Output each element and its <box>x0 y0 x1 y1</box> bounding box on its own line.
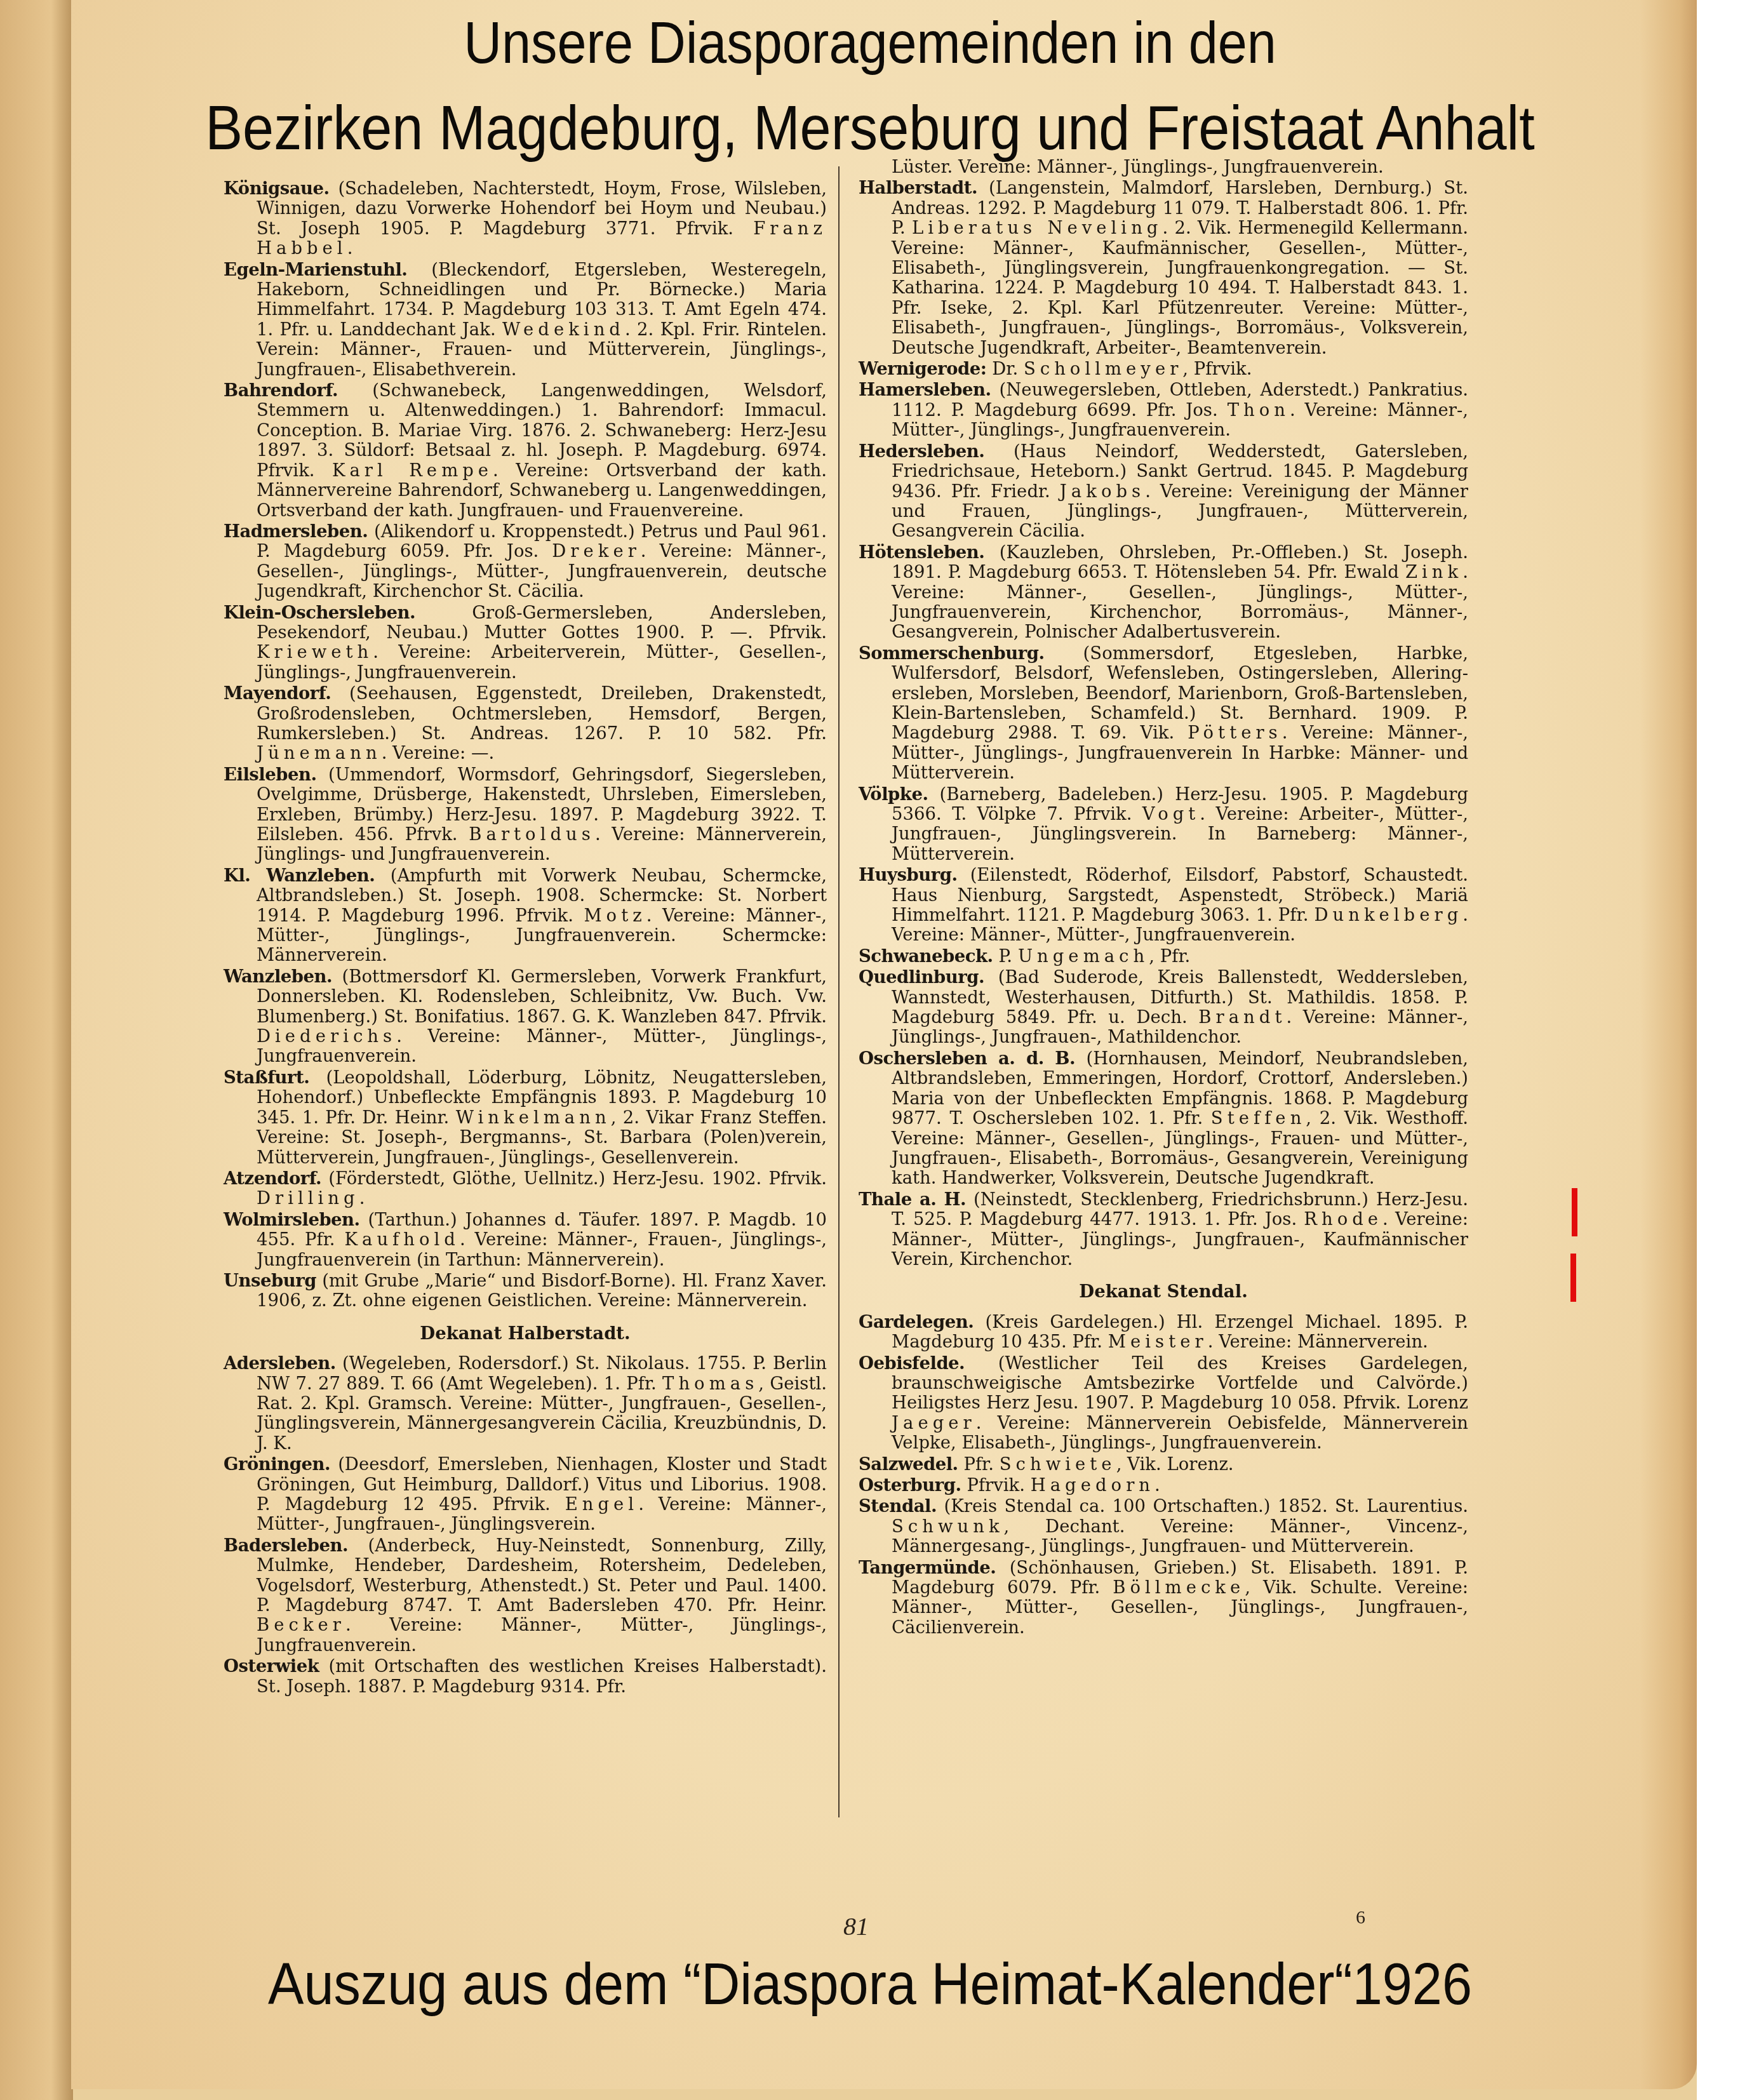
parish-entry: Hedersleben. (Haus Neindorf, Wedderstedt… <box>859 442 1468 542</box>
clergy-name: Schwiete <box>1000 1454 1116 1475</box>
parish-entry: Halberstadt. (Langenstein, Malmdorf, Har… <box>859 178 1468 358</box>
parish-associations: , Vik. Lorenz. <box>1116 1454 1234 1475</box>
clergy-name: Kaufhold <box>344 1229 460 1250</box>
parish-entry: Eilsleben. (Ummendorf, Wormsdorf, Gehrin… <box>224 765 827 865</box>
clergy-name: Wedekind <box>502 319 625 340</box>
parish-name: Kl. Wanzleben. <box>224 866 375 886</box>
column-divider <box>838 166 840 1817</box>
parish-name: Huysburg. <box>859 865 957 885</box>
parish-name: Hamersleben. <box>859 380 991 400</box>
clergy-name: Jakobs <box>1060 481 1145 502</box>
parish-name: Schwanebeck. <box>859 946 993 966</box>
clergy-name: Vogt <box>1142 804 1200 824</box>
parish-name: Badersleben. <box>224 1535 348 1556</box>
clergy-name: Thomas <box>662 1374 758 1394</box>
parish-entry: Wanzleben. (Bottmersdorf Kl. Germerslebe… <box>224 967 827 1067</box>
parish-entry: Königsaue. (Schadeleben, Nachterstedt, H… <box>224 179 827 259</box>
red-margin-mark <box>1570 1254 1576 1302</box>
parish-entry: Staßfurt. (Leopoldshall, Löderburg, Löbn… <box>224 1068 827 1168</box>
parish-name: Stendal. <box>859 1496 937 1516</box>
parish-details: (mit Ortschaften des westlichen Kreises … <box>257 1656 827 1696</box>
footer-caption: Auszug aus dem “Diaspora Heimat-Kalender… <box>70 1953 1671 2016</box>
parish-entry: Atzendorf. (Förderstedt, Glöthe, Uellnit… <box>224 1169 827 1209</box>
clergy-name: Lüster <box>892 157 947 177</box>
parish-name: Unseburg <box>224 1271 316 1291</box>
parish-associations: , Pfr. <box>1149 946 1190 966</box>
parish-details: (Kreis Stendal ca. 100 Ortschaften.) 185… <box>944 1496 1468 1516</box>
parish-entry: Huysburg. (Eilenstedt, Röderhof, Eilsdor… <box>859 866 1468 946</box>
parish-associations: . <box>347 238 353 258</box>
page-edge <box>1640 0 1697 2089</box>
clergy-name: Jaeger <box>892 1413 976 1433</box>
parish-name: Oebisfelde. <box>859 1353 965 1374</box>
parish-entry: Adersleben. (Wegeleben, Rodersdorf.) St.… <box>224 1354 827 1454</box>
parish-name: Atzendorf. <box>224 1168 321 1189</box>
parish-entry: Wolmirsleben. (Tarthun.) Johannes d. Täu… <box>224 1210 827 1270</box>
left-column: Königsaue. (Schadeleben, Nachterstedt, H… <box>224 179 827 1698</box>
parish-associations: . Vereine: —. <box>382 743 495 763</box>
header-title-line-1: Unsere Diasporagemeinden in den <box>87 11 1653 75</box>
parish-entry: Hadmersleben. (Alikendorf u. Kroppensted… <box>224 522 827 602</box>
parish-associations: . Vereine: Männerverein Oebisfelde, Männ… <box>892 1413 1468 1453</box>
header-title-line-2: Bezirken Magdeburg, Merseburg und Freist… <box>87 94 1653 161</box>
parish-entry: Klein-Oschersleben. Groß-Germersleben, A… <box>224 603 827 683</box>
parish-details: (Bottmersdorf Kl. Germersleben, Vorwerk … <box>257 966 827 1027</box>
clergy-name: Meister <box>1108 1332 1208 1352</box>
parish-name: Tangermünde. <box>859 1558 996 1578</box>
deanery-heading: Dekanat Stendal. <box>859 1282 1468 1302</box>
parish-entry: Mayendorf. (Seehausen, Eggenstedt, Dreil… <box>224 684 827 764</box>
clergy-name: Dunkelberg <box>1314 905 1462 925</box>
parish-name: Egeln-Marienstuhl. <box>224 260 407 280</box>
parish-entry: Tangermünde. (Schönhausen, Grieben.) St.… <box>859 1558 1468 1638</box>
parish-associations: , Pfrvik. <box>1182 359 1252 379</box>
parish-entry: Gröningen. (Deesdorf, Emersleben, Nienha… <box>224 1455 827 1535</box>
clergy-name: Krieweth <box>257 642 373 662</box>
parish-details: P. <box>998 946 1012 966</box>
parish-associations: . <box>1154 1475 1160 1495</box>
parish-associations: . 2. Vik. Hermenegild Kellermann. Verein… <box>892 218 1468 358</box>
clergy-name: Zink <box>1405 562 1462 582</box>
clergy-name: Böllmecke <box>1113 1577 1245 1598</box>
parish-name: Königsaue. <box>224 178 330 199</box>
parish-entry: Thale a. H. (Neinstedt, Stecklenberg, Fr… <box>859 1190 1468 1270</box>
clergy-name: Liberatus Neveling <box>912 218 1163 238</box>
parish-name: Oschersleben a. d. B. <box>859 1048 1075 1069</box>
clergy-name: Winkelmann <box>456 1107 611 1128</box>
parish-entry: Hamersleben. (Neuwegersleben, Ottleben, … <box>859 380 1468 440</box>
clergy-name: Diederichs <box>257 1026 396 1047</box>
page-number-right: 6 <box>1356 1907 1365 1929</box>
parish-entry: Badersleben. (Anderbeck, Huy-Neinstedt, … <box>224 1536 827 1655</box>
parish-entry: Wernigerode: Dr. Schollmeyer, Pfrvik. <box>859 359 1468 379</box>
parish-associations: . <box>359 1188 365 1208</box>
parish-associations: . Vereine: Männer-, Jünglings-, Jungfrau… <box>947 157 1384 177</box>
parish-entry: Bahrendorf. (Schwanebeck, Langenweddinge… <box>224 381 827 521</box>
clergy-name: Steffen <box>1211 1108 1306 1128</box>
clergy-name: Rhode <box>1304 1209 1382 1229</box>
parish-name: Hadmersleben. <box>224 521 368 542</box>
parish-details: (Förderstedt, Glöthe, Uellnitz.) Herz-Je… <box>328 1168 827 1189</box>
clergy-name: Pötters <box>1188 723 1282 743</box>
parish-name: Eilsleben. <box>224 765 317 785</box>
parish-entry: Quedlinburg. (Bad Suderode, Kreis Ballen… <box>859 968 1468 1048</box>
parish-name: Klein-Oschersleben. <box>224 603 415 623</box>
parish-entry: Hötensleben. (Kauzleben, Ohrsleben, Pr.-… <box>859 543 1468 643</box>
book-gutter <box>0 0 73 2100</box>
parish-name: Gröningen. <box>224 1454 330 1475</box>
parish-details: Pfr. <box>963 1454 994 1475</box>
clergy-name: Jünemann <box>257 743 382 763</box>
right-column: Lüster. Vereine: Männer-, Jünglings-, Ju… <box>859 157 1468 1639</box>
parish-details: Pfrvik. <box>967 1475 1025 1495</box>
parish-associations: . Vereine: Männerverein. <box>1208 1332 1428 1352</box>
clergy-name: Drilling <box>257 1188 359 1208</box>
parish-name: Staßfurt. <box>224 1067 309 1088</box>
parish-entry: Kl. Wanzleben. (Ampfurth mit Vorwerk Neu… <box>224 866 827 966</box>
deanery-heading: Dekanat Halberstadt. <box>224 1324 827 1344</box>
clergy-name: Hagedorn <box>1031 1475 1154 1495</box>
parish-name: Völpke. <box>859 784 928 805</box>
parish-name: Wanzleben. <box>224 966 332 987</box>
parish-name: Wernigerode: <box>859 359 987 379</box>
clergy-name: Bartoldus <box>469 824 595 845</box>
parish-entry: Stendal. (Kreis Stendal ca. 100 Ortschaf… <box>859 1497 1468 1556</box>
parish-entry: Osterwiek (mit Ortschaften des westliche… <box>224 1657 827 1697</box>
clergy-name: Engel <box>565 1494 638 1515</box>
parish-details: (Westlicher Teil des Kreises Gardelegen,… <box>892 1353 1468 1414</box>
parish-details: Dr. <box>992 359 1018 379</box>
parish-name: Osterburg. <box>859 1475 961 1495</box>
parish-entry: Lüster. Vereine: Männer-, Jünglings-, Ju… <box>859 157 1468 177</box>
parish-name: Quedlinburg. <box>859 967 984 987</box>
red-margin-mark <box>1572 1188 1577 1236</box>
clergy-name: Karl Rempe <box>332 460 493 481</box>
parish-name: Gardelegen. <box>859 1312 974 1332</box>
parish-entry: Völpke. (Barneberg, Badeleben.) Herz-Jes… <box>859 785 1468 865</box>
clergy-name: Ungemach <box>1018 946 1149 966</box>
clergy-name: Dreker <box>552 541 641 561</box>
parish-entry: Unseburg (mit Grube „Marie“ und Bisdorf-… <box>224 1271 827 1311</box>
parish-details: (Seehausen, Eggenstedt, Dreileben, Drake… <box>257 683 827 744</box>
clergy-name: Motz <box>584 906 646 926</box>
parish-name: Osterwiek <box>224 1656 319 1676</box>
parish-entry: Salzwedel. Pfr. Schwiete, Vik. Lorenz. <box>859 1455 1468 1475</box>
parish-details: (mit Grube „Marie“ und Bisdorf-Borne). H… <box>257 1271 827 1311</box>
parish-entry: Oschersleben a. d. B. (Hornhausen, Meind… <box>859 1049 1468 1189</box>
parish-name: Salzwedel. <box>859 1454 958 1475</box>
parish-name: Bahrendorf. <box>224 380 338 401</box>
clergy-name: Schwunk <box>892 1516 1004 1537</box>
parish-entry: Osterburg. Pfrvik. Hagedorn. <box>859 1476 1468 1495</box>
parish-name: Wolmirsleben. <box>224 1210 360 1230</box>
parish-details: (Schadeleben, Nachterstedt, Hoym, Frose,… <box>257 178 827 239</box>
parish-name: Halberstadt. <box>859 178 977 198</box>
parish-name: Adersleben. <box>224 1353 336 1374</box>
parish-name: Mayendorf. <box>224 683 331 704</box>
parish-name: Hötensleben. <box>859 542 984 563</box>
clergy-name: Thon <box>1228 400 1290 420</box>
clergy-name: Becker <box>257 1615 345 1635</box>
parish-name: Thale a. H. <box>859 1189 966 1210</box>
parish-entry: Sommerschenburg. (Sommersdorf, Etgeslebe… <box>859 644 1468 784</box>
parish-entry: Oebisfelde. (Westlicher Teil des Kreises… <box>859 1354 1468 1454</box>
background-margin <box>1697 0 1740 2100</box>
parish-entry: Egeln-Marienstuhl. (Bleckendorf, Etgersl… <box>224 260 827 380</box>
page-number-left: 81 <box>843 1911 869 1941</box>
parish-name: Sommerschenburg. <box>859 643 1045 664</box>
parish-associations: . Vereine: Männer-, Frauen-, Jünglings-,… <box>257 1229 827 1269</box>
parish-entry: Schwanebeck. P. Ungemach, Pfr. <box>859 947 1468 966</box>
clergy-name: Schollmeyer <box>1024 359 1182 379</box>
clergy-name: Brandt <box>1198 1007 1286 1027</box>
parish-name: Hedersleben. <box>859 441 984 462</box>
parish-entry: Gardelegen. (Kreis Gardelegen.) Hl. Erze… <box>859 1313 1468 1353</box>
